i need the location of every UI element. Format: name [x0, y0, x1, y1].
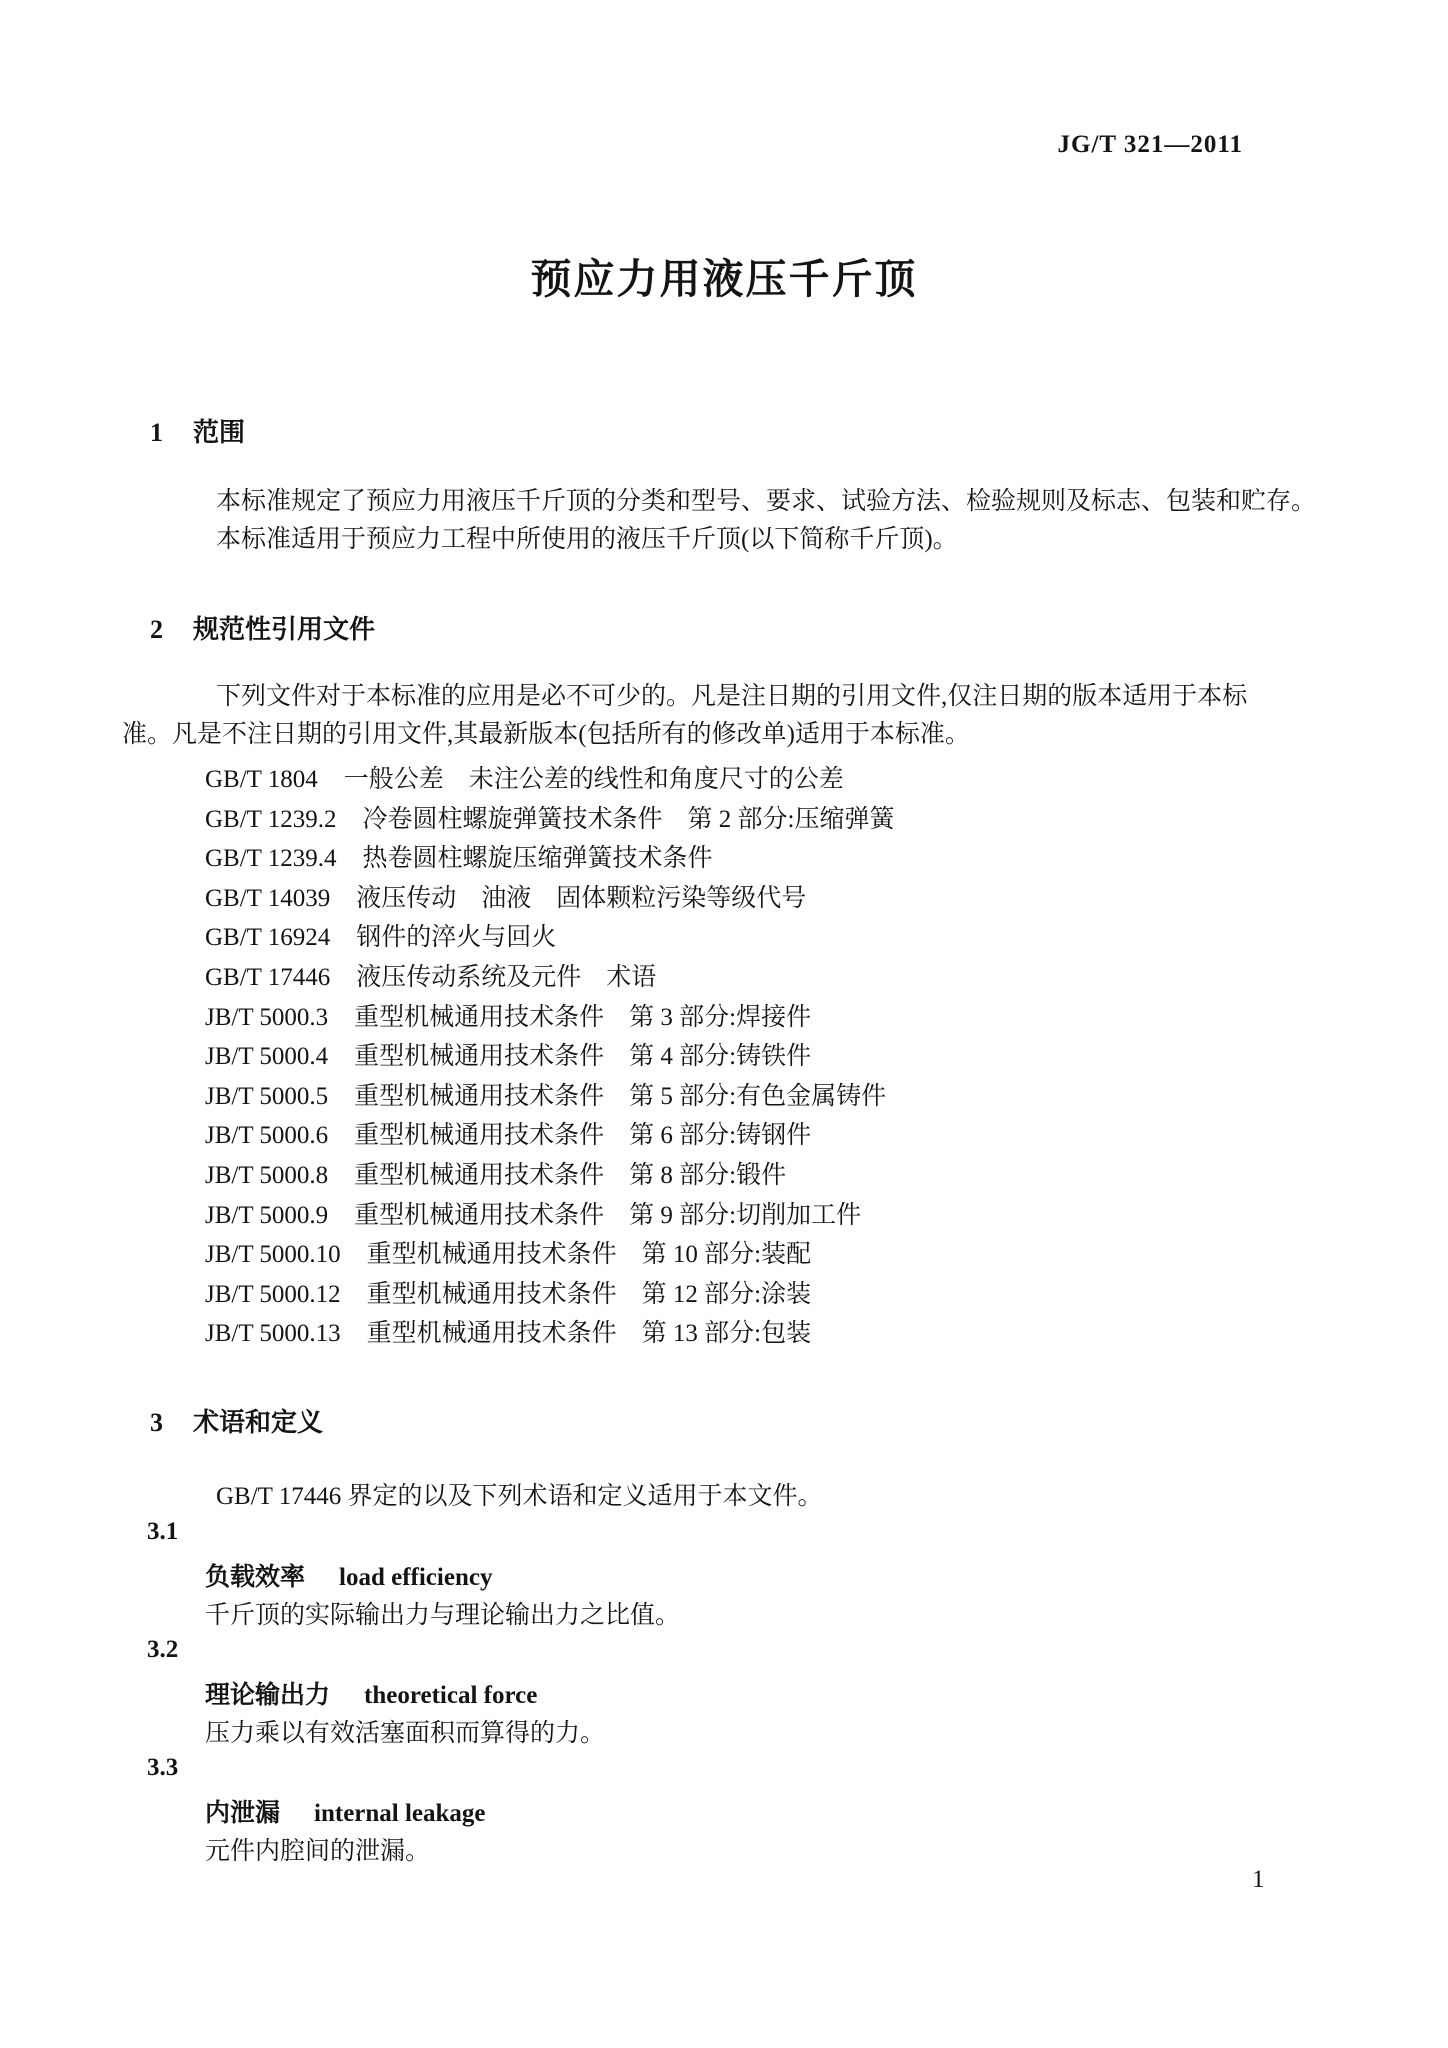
reference-title: 重型机械通用技术条件 第 8 部分:锻件: [354, 1162, 786, 1189]
reference-item: JB/T 5000.8重型机械通用技术条件 第 8 部分:锻件: [205, 1156, 894, 1196]
section-3-title: 术语和定义: [193, 1408, 323, 1437]
reference-code: JB/T 5000.4: [205, 1037, 328, 1077]
reference-item: GB/T 1239.2冷卷圆柱螺旋弹簧技术条件 第 2 部分:压缩弹簧: [205, 800, 894, 840]
reference-title: 钢件的淬火与回火: [356, 924, 556, 951]
term-1-name: 负载效率load efficiency: [205, 1557, 492, 1593]
reference-item: GB/T 1239.4热卷圆柱螺旋压缩弹簧技术条件: [205, 839, 894, 879]
reference-title: 热卷圆柱螺旋压缩弹簧技术条件: [363, 845, 713, 872]
page-number: 1: [1252, 1866, 1265, 1894]
reference-code: JB/T 5000.8: [205, 1156, 328, 1196]
section-1-number: 1: [150, 418, 163, 447]
reference-title: 一般公差 未注公差的线性和角度尺寸的公差: [344, 766, 844, 793]
reference-code: GB/T 14039: [205, 879, 330, 919]
term-2-name: 理论输出力theoretical force: [205, 1675, 537, 1711]
reference-item: GB/T 14039液压传动 油液 固体颗粒污染等级代号: [205, 879, 894, 919]
term-2-name-zh: 理论输出力: [205, 1682, 330, 1709]
section-1-heading: 1范围: [150, 412, 245, 449]
term-3-definition: 元件内腔间的泄漏。: [205, 1831, 430, 1867]
reference-item: JB/T 5000.5重型机械通用技术条件 第 5 部分:有色金属铸件: [205, 1077, 894, 1117]
term-2-name-en: theoretical force: [364, 1682, 537, 1709]
section-2-intro-line-2: 准。凡是不注日期的引用文件,其最新版本(包括所有的修改单)适用于本标准。: [122, 714, 970, 750]
section-1-title: 范围: [193, 418, 245, 447]
reference-code: JB/T 5000.6: [205, 1116, 328, 1156]
reference-item: JB/T 5000.10重型机械通用技术条件 第 10 部分:装配: [205, 1235, 894, 1275]
reference-item: GB/T 1804一般公差 未注公差的线性和角度尺寸的公差: [205, 760, 894, 800]
document-page: JG/T 321—2011 预应力用液压千斤顶 1范围 本标准规定了预应力用液压…: [0, 0, 1448, 2048]
term-1-definition: 千斤顶的实际输出力与理论输出力之比值。: [205, 1595, 680, 1631]
reference-title: 重型机械通用技术条件 第 4 部分:铸铁件: [354, 1043, 811, 1070]
term-3-name-en: internal leakage: [314, 1800, 486, 1827]
reference-code: JB/T 5000.3: [205, 998, 328, 1038]
reference-item: JB/T 5000.6重型机械通用技术条件 第 6 部分:铸钢件: [205, 1116, 894, 1156]
reference-item: GB/T 17446液压传动系统及元件 术语: [205, 958, 894, 998]
term-2-number: 3.2: [147, 1636, 178, 1664]
reference-title: 重型机械通用技术条件 第 13 部分:包装: [367, 1320, 811, 1347]
reference-item: JB/T 5000.3重型机械通用技术条件 第 3 部分:焊接件: [205, 998, 894, 1038]
term-1-name-en: load efficiency: [339, 1564, 492, 1591]
reference-code: JB/T 5000.5: [205, 1077, 328, 1117]
page-title: 预应力用液压千斤顶: [0, 246, 1448, 305]
reference-code: GB/T 1239.2: [205, 800, 337, 840]
reference-title: 重型机械通用技术条件 第 6 部分:铸钢件: [354, 1122, 811, 1149]
term-1-number: 3.1: [147, 1518, 178, 1546]
reference-code: GB/T 16924: [205, 918, 330, 958]
reference-item: JB/T 5000.13重型机械通用技术条件 第 13 部分:包装: [205, 1314, 894, 1354]
reference-item: JB/T 5000.4重型机械通用技术条件 第 4 部分:铸铁件: [205, 1037, 894, 1077]
section-3-number: 3: [150, 1408, 163, 1437]
section-3-heading: 3术语和定义: [150, 1402, 323, 1439]
section-3-intro: GB/T 17446 界定的以及下列术语和定义适用于本文件。: [216, 1476, 823, 1512]
section-2-intro-line-1: 下列文件对于本标准的应用是必不可少的。凡是注日期的引用文件,仅注日期的版本适用于…: [216, 676, 1247, 712]
section-2-title: 规范性引用文件: [193, 615, 375, 644]
reference-item: JB/T 5000.9重型机械通用技术条件 第 9 部分:切削加工件: [205, 1196, 894, 1236]
standard-code: JG/T 321—2011: [1058, 131, 1244, 159]
reference-code: JB/T 5000.10: [205, 1235, 341, 1275]
section-1-paragraph-1: 本标准规定了预应力用液压千斤顶的分类和型号、要求、试验方法、检验规则及标志、包装…: [216, 481, 1316, 517]
reference-code: GB/T 17446: [205, 958, 330, 998]
reference-code: JB/T 5000.12: [205, 1275, 341, 1315]
term-3-name-zh: 内泄漏: [205, 1800, 280, 1827]
reference-title: 重型机械通用技术条件 第 10 部分:装配: [367, 1241, 811, 1268]
reference-title: 重型机械通用技术条件 第 12 部分:涂装: [367, 1281, 811, 1308]
term-3-number: 3.3: [147, 1754, 178, 1782]
section-1-paragraph-2: 本标准适用于预应力工程中所使用的液压千斤顶(以下简称千斤顶)。: [216, 519, 958, 555]
section-2-number: 2: [150, 615, 163, 644]
reference-code: GB/T 1804: [205, 760, 318, 800]
term-1-name-zh: 负载效率: [205, 1564, 305, 1591]
reference-title: 重型机械通用技术条件 第 3 部分:焊接件: [354, 1004, 811, 1031]
term-3-name: 内泄漏internal leakage: [205, 1793, 486, 1829]
term-2-definition: 压力乘以有效活塞面积而算得的力。: [205, 1713, 605, 1749]
section-2-heading: 2规范性引用文件: [150, 609, 375, 646]
reference-title: 液压传动系统及元件 术语: [356, 964, 656, 991]
reference-code: JB/T 5000.9: [205, 1196, 328, 1236]
reference-title: 重型机械通用技术条件 第 9 部分:切削加工件: [354, 1202, 861, 1229]
reference-title: 重型机械通用技术条件 第 5 部分:有色金属铸件: [354, 1083, 886, 1110]
reference-code: JB/T 5000.13: [205, 1314, 341, 1354]
reference-code: GB/T 1239.4: [205, 839, 337, 879]
reference-title: 液压传动 油液 固体颗粒污染等级代号: [356, 885, 806, 912]
reference-title: 冷卷圆柱螺旋弹簧技术条件 第 2 部分:压缩弹簧: [363, 806, 895, 833]
reference-item: JB/T 5000.12重型机械通用技术条件 第 12 部分:涂装: [205, 1275, 894, 1315]
reference-item: GB/T 16924钢件的淬火与回火: [205, 918, 894, 958]
normative-references-list: GB/T 1804一般公差 未注公差的线性和角度尺寸的公差 GB/T 1239.…: [205, 760, 894, 1354]
